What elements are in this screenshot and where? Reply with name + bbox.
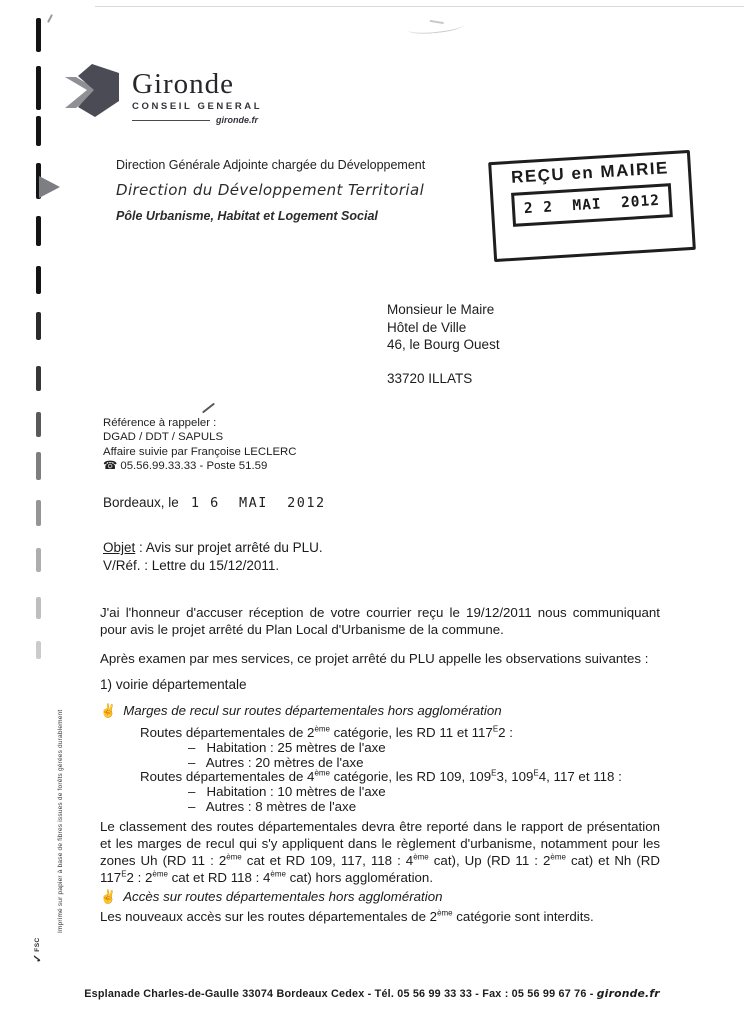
- binding-mark: [36, 18, 41, 52]
- binding-mark: [36, 116, 41, 146]
- routes-cat2-heading: Routes départementales de 2ème catégorie…: [100, 726, 660, 741]
- logo-text: Gironde CONSEIL GENERAL gironde.fr: [132, 63, 262, 125]
- recipient-address: Monsieur le Maire Hôtel de Ville 46, le …: [387, 301, 500, 387]
- routes-cat4-heading: Routes départementales de 4ème catégorie…: [100, 770, 660, 785]
- reference-block: Référence à rappeler : DGAD / DDT / SAPU…: [103, 416, 297, 474]
- binding-mark: [36, 216, 41, 246]
- recipient-name: Monsieur le Maire: [387, 301, 500, 319]
- bullet-marges-text: Marges de recul sur routes départemental…: [123, 703, 501, 718]
- dateline-stamped-date: 1 6 MAI 2012: [191, 495, 326, 511]
- scan-edge-line: [95, 6, 744, 7]
- reference-label: Référence à rappeler :: [103, 416, 297, 430]
- binding-mark: [36, 266, 41, 294]
- dateline: Bordeaux, le1 6 MAI 2012: [103, 495, 326, 511]
- binding-mark: [36, 548, 41, 572]
- routes-list: Routes départementales de 2ème catégorie…: [100, 726, 660, 815]
- sender-pole: Pôle Urbanisme, Habitat et Logement Soci…: [116, 209, 425, 223]
- logo-url: gironde.fr: [216, 115, 258, 125]
- gironde-logo-icon: [62, 63, 122, 119]
- pen-stroke-mark: [202, 403, 215, 414]
- stamp-date: 2 2 MAI 2012: [523, 193, 660, 217]
- reference-code: DGAD / DDT / SAPULS: [103, 430, 297, 444]
- recu-en-mairie-stamp: REÇU en MAIRIE 2 2 MAI 2012: [488, 150, 696, 262]
- logo-subtitle: CONSEIL GENERAL: [132, 101, 262, 112]
- hand-bullet-icon: ✌: [100, 703, 116, 718]
- vref-line: V/Réf. : Lettre du 15/12/2011.: [103, 557, 323, 575]
- bullet-acces: ✌Accès sur routes départementales hors a…: [100, 888, 660, 905]
- logo-rule: [132, 120, 210, 121]
- fsc-check-tree-icon: ✓: [31, 954, 44, 963]
- bullet-marges-de-recul: ✌Marges de recul sur routes départementa…: [100, 702, 660, 719]
- binding-mark: [36, 597, 41, 619]
- paragraph-classement: Le classement des routes départementales…: [100, 818, 660, 886]
- paragraph-examination: Après examen par mes services, ce projet…: [100, 650, 660, 667]
- pen-tick-mark: [47, 14, 53, 23]
- routes-cat4-autres: – Autres : 8 mètres de l'axe: [100, 800, 660, 815]
- recipient-city: 33720 ILLATS: [387, 370, 500, 388]
- binding-mark: [36, 66, 41, 110]
- binding-mark: [36, 412, 41, 437]
- scanned-letter-page: Gironde CONSEIL GENERAL gironde.fr Direc…: [0, 0, 744, 1024]
- fsc-logo: ✓ FSC: [31, 937, 44, 963]
- dateline-prefix: Bordeaux, le: [103, 495, 179, 510]
- binding-mark: [36, 500, 41, 526]
- recipient-street: 46, le Bourg Ouest: [387, 336, 500, 354]
- reference-contact: Affaire suivie par Françoise LECLERC: [103, 445, 297, 459]
- binding-mark: [36, 366, 41, 391]
- routes-cat4-habitation: – Habitation : 10 mètres de l'axe: [100, 785, 660, 800]
- recipient-building: Hôtel de Ville: [387, 319, 500, 337]
- binding-mark: [36, 641, 41, 659]
- section-heading-voirie: 1) voirie départementale: [100, 676, 660, 693]
- paper-eco-note: Imprimé sur papier à base de fibres issu…: [57, 710, 64, 933]
- paragraph-nouveaux-acces: Les nouveaux accès sur les routes départ…: [100, 908, 660, 925]
- subject-line: Objet : Avis sur projet arrêté du PLU.: [103, 539, 323, 557]
- binding-mark: [36, 312, 41, 340]
- logo-url-row: gironde.fr: [132, 115, 262, 125]
- gironde-logo: Gironde CONSEIL GENERAL gironde.fr: [62, 63, 262, 125]
- stamp-date-box: 2 2 MAI 2012: [511, 183, 673, 227]
- hand-bullet-icon: ✌: [100, 889, 116, 904]
- fsc-label: FSC: [34, 937, 41, 952]
- bullet-acces-text: Accès sur routes départementales hors ag…: [123, 889, 442, 904]
- logo-name: Gironde: [132, 69, 262, 99]
- binding-mark: [36, 452, 41, 480]
- subject-block: Objet : Avis sur projet arrêté du PLU. V…: [103, 539, 323, 574]
- sender-direction-generale: Direction Générale Adjointe chargée du D…: [116, 158, 425, 172]
- reference-phone: ☎ 05.56.99.33.33 - Poste 51.59: [103, 459, 297, 473]
- scan-arrow-mark: [39, 176, 60, 198]
- sender-block: Direction Générale Adjointe chargée du D…: [116, 158, 425, 223]
- footer-address-line: Esplanade Charles-de-Gaulle 33074 Bordea…: [0, 987, 744, 1000]
- paragraph-acknowledgement: J'ai l'honneur d'accuser réception de vo…: [100, 604, 660, 638]
- sender-direction-territoriale: Direction du Développement Territorial: [116, 181, 425, 199]
- routes-cat2-habitation: – Habitation : 25 mètres de l'axe: [100, 741, 660, 756]
